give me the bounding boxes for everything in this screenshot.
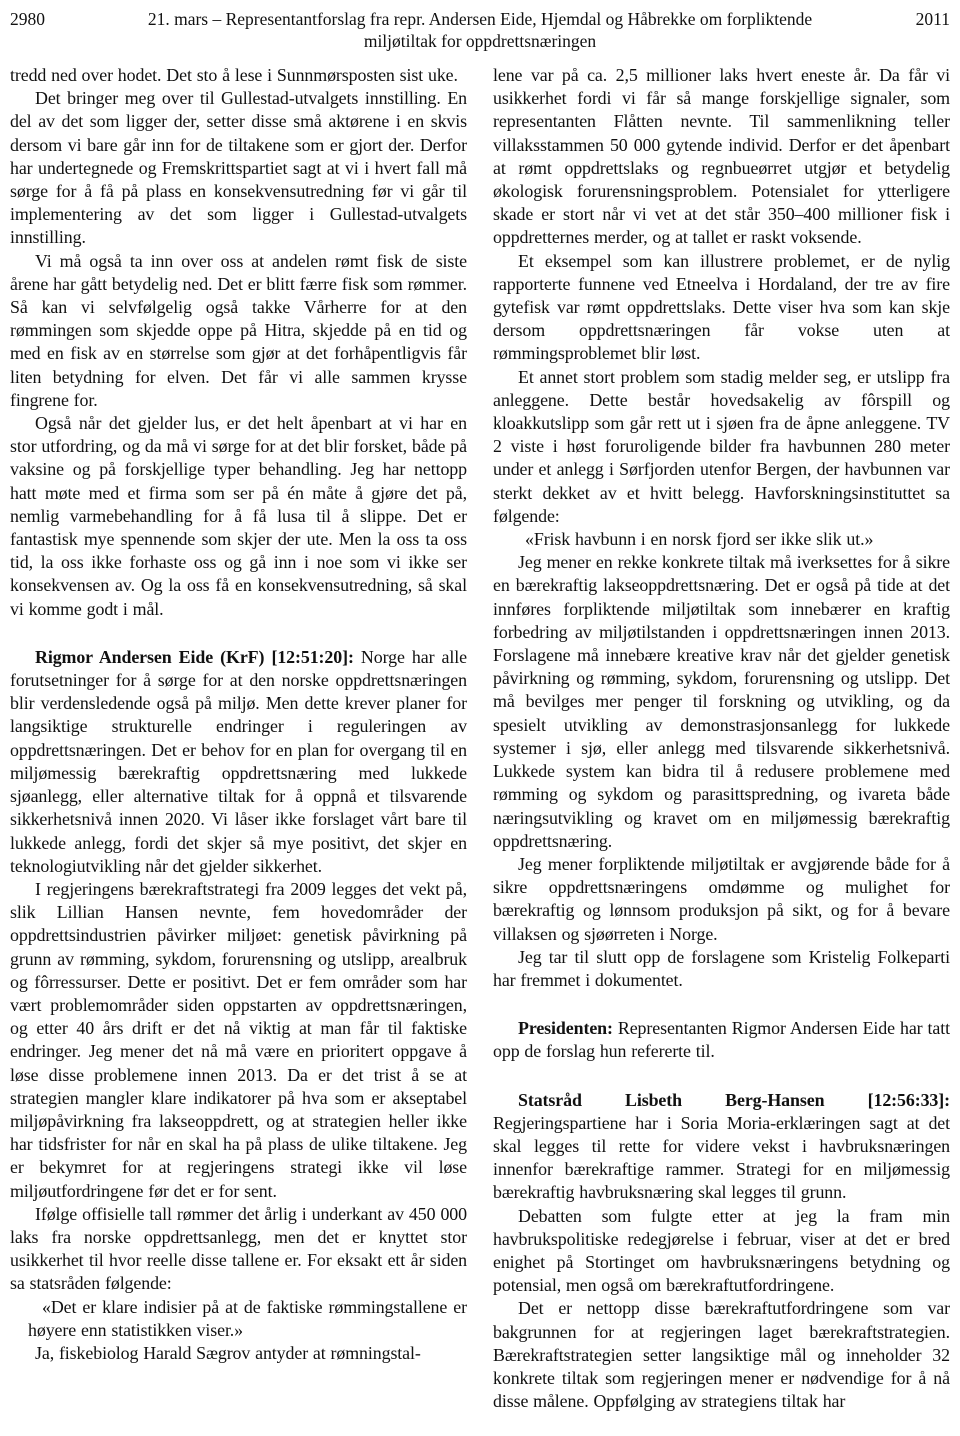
paragraph: Ja, fiskebiolog Harald Sægrov antyder at…	[10, 1342, 467, 1365]
year-label: 2011	[870, 8, 950, 30]
paragraph: Det er nettopp disse bærekraftutfordring…	[493, 1297, 950, 1413]
paragraph: Jeg mener en rekke konkrete tiltak må iv…	[493, 551, 950, 853]
page-number: 2980	[10, 8, 90, 30]
paragraph: Debatten som fulgte etter at jeg la fram…	[493, 1205, 950, 1298]
speech-paragraph: Rigmor Andersen Eide (KrF) [12:51:20]: N…	[10, 646, 467, 878]
header-title-line1: 21. mars – Representantforslag fra repr.…	[94, 8, 866, 30]
parliament-record-page: 2980 21. mars – Representantforslag fra …	[0, 0, 960, 1436]
speaker-name: Presidenten:	[518, 1018, 613, 1038]
header-title: 21. mars – Representantforslag fra repr.…	[90, 8, 870, 52]
paragraph: lene var på ca. 2,5 millioner laks hvert…	[493, 64, 950, 250]
header-title-line2: miljøtiltak for oppdrettsnæringen	[94, 30, 866, 52]
paragraph: Ifølge offisielle tall rømmer det årlig …	[10, 1203, 467, 1296]
paragraph: Et eksempel som kan illustrere problemet…	[493, 250, 950, 366]
right-column: lene var på ca. 2,5 millioner laks hvert…	[493, 64, 950, 1413]
paragraph: Også når det gjelder lus, er det helt åp…	[10, 412, 467, 621]
quote-block: «Det er klare indisier på at de faktiske…	[28, 1296, 467, 1342]
paragraph: Et annet stort problem som stadig melder…	[493, 366, 950, 528]
paragraph: Det bringer meg over til Gullestad-utval…	[10, 87, 467, 249]
speaker-name: Rigmor Andersen Eide (KrF) [12:51:20]:	[35, 647, 354, 667]
paragraph: Jeg mener forpliktende miljøtiltak er av…	[493, 853, 950, 946]
left-column: tredd ned over hodet. Det sto å lese i S…	[10, 64, 467, 1413]
running-header: 2980 21. mars – Representantforslag fra …	[10, 8, 950, 52]
paragraph: Jeg tar til slutt opp de forslagene som …	[493, 946, 950, 992]
quote-block: «Frisk havbunn i en norsk fjord ser ikke…	[511, 528, 950, 551]
paragraph: I regjeringens bærekraftstrategi fra 200…	[10, 878, 467, 1203]
speech-paragraph: Presidenten: Representanten Rigmor Ander…	[493, 1017, 950, 1063]
text-columns: tredd ned over hodet. Det sto å lese i S…	[10, 64, 950, 1413]
paragraph: tredd ned over hodet. Det sto å lese i S…	[10, 64, 467, 87]
paragraph: Vi må også ta inn over oss at andelen rø…	[10, 250, 467, 412]
speaker-name: Statsråd Lisbeth Berg-Hansen [12:56:33]:	[518, 1090, 950, 1110]
speech-paragraph: Statsråd Lisbeth Berg-Hansen [12:56:33]:…	[493, 1089, 950, 1205]
